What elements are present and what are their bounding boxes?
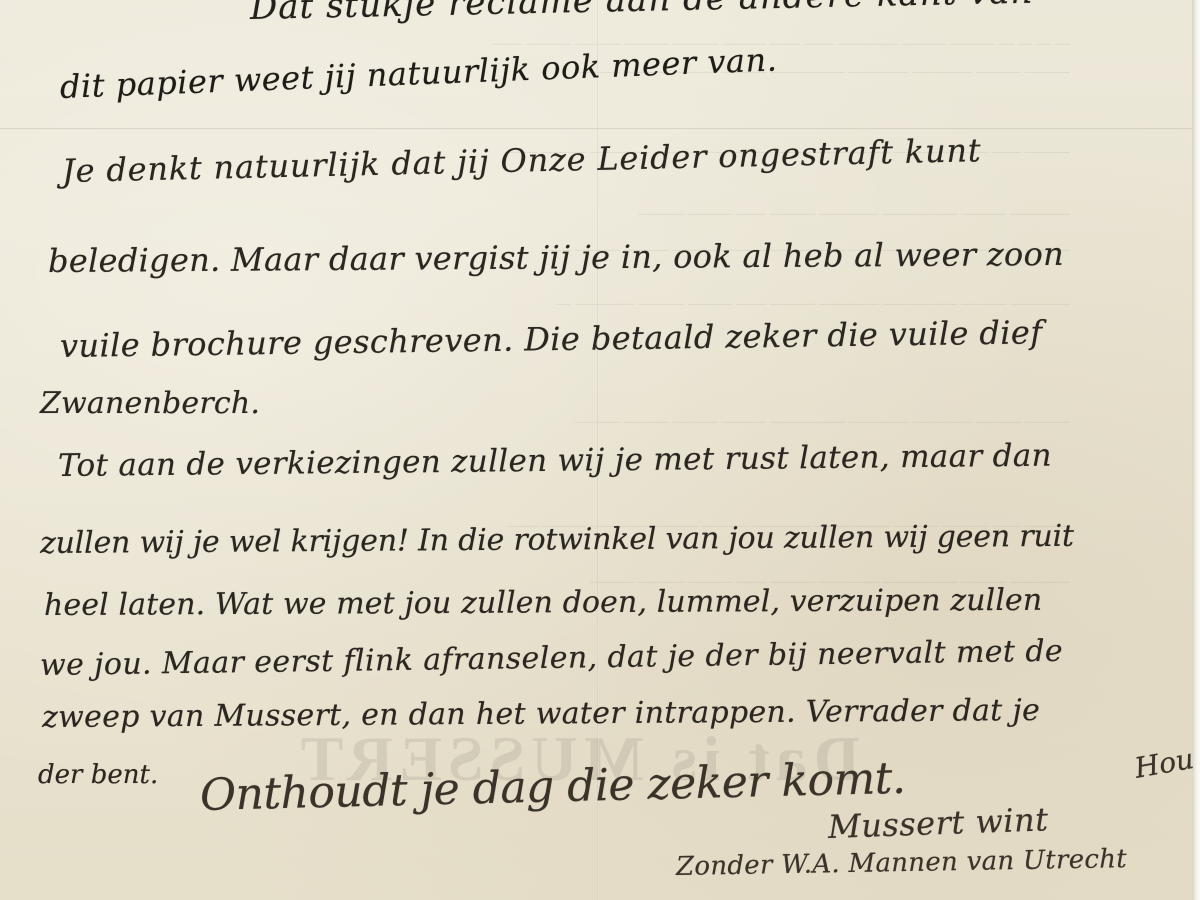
letter-line-8: heel laten. Wat we met jou zullen doen, … bbox=[44, 583, 1042, 623]
bleed-through-text: ———— ——— ————— ———— ——— —— ——— ——— bbox=[170, 200, 1070, 228]
bleed-through-text: ——— ——— ———— ———— ————— ——— ——— ——— ——— bbox=[170, 408, 1070, 436]
letter-line-10: zweep van Mussert, en dan het water intr… bbox=[42, 693, 1040, 735]
margin-note: Hou bbox=[1132, 742, 1196, 785]
letter-line-3: beledigen. Maar daar vergist jij je in, … bbox=[48, 235, 1064, 280]
letter-line-7: zullen wij je wel krijgen! In die rotwin… bbox=[40, 519, 1074, 561]
horizontal-fold bbox=[0, 128, 1192, 130]
signature: Mussert wint bbox=[827, 800, 1049, 846]
letter-line-9: we jou. Maar eerst flink afranselen, dat… bbox=[40, 634, 1064, 683]
letter-line-6: Tot aan de verkiezingen zullen wij je me… bbox=[58, 438, 1052, 484]
letter-line-5: Zwanenberch. bbox=[40, 386, 260, 421]
signed-by: Zonder W.A. Mannen van Utrecht bbox=[676, 844, 1128, 882]
letter-line-4: vuile brochure geschreven. Die betaald z… bbox=[60, 313, 1043, 365]
letter-page: — — — — ——— ——— ———— —— —— ——— ——— ——— —… bbox=[0, 0, 1200, 900]
letter-line-11: der bent. bbox=[38, 760, 158, 790]
letter-line-0: Dat stukje reclame aan de andere kant va… bbox=[250, 0, 1034, 28]
